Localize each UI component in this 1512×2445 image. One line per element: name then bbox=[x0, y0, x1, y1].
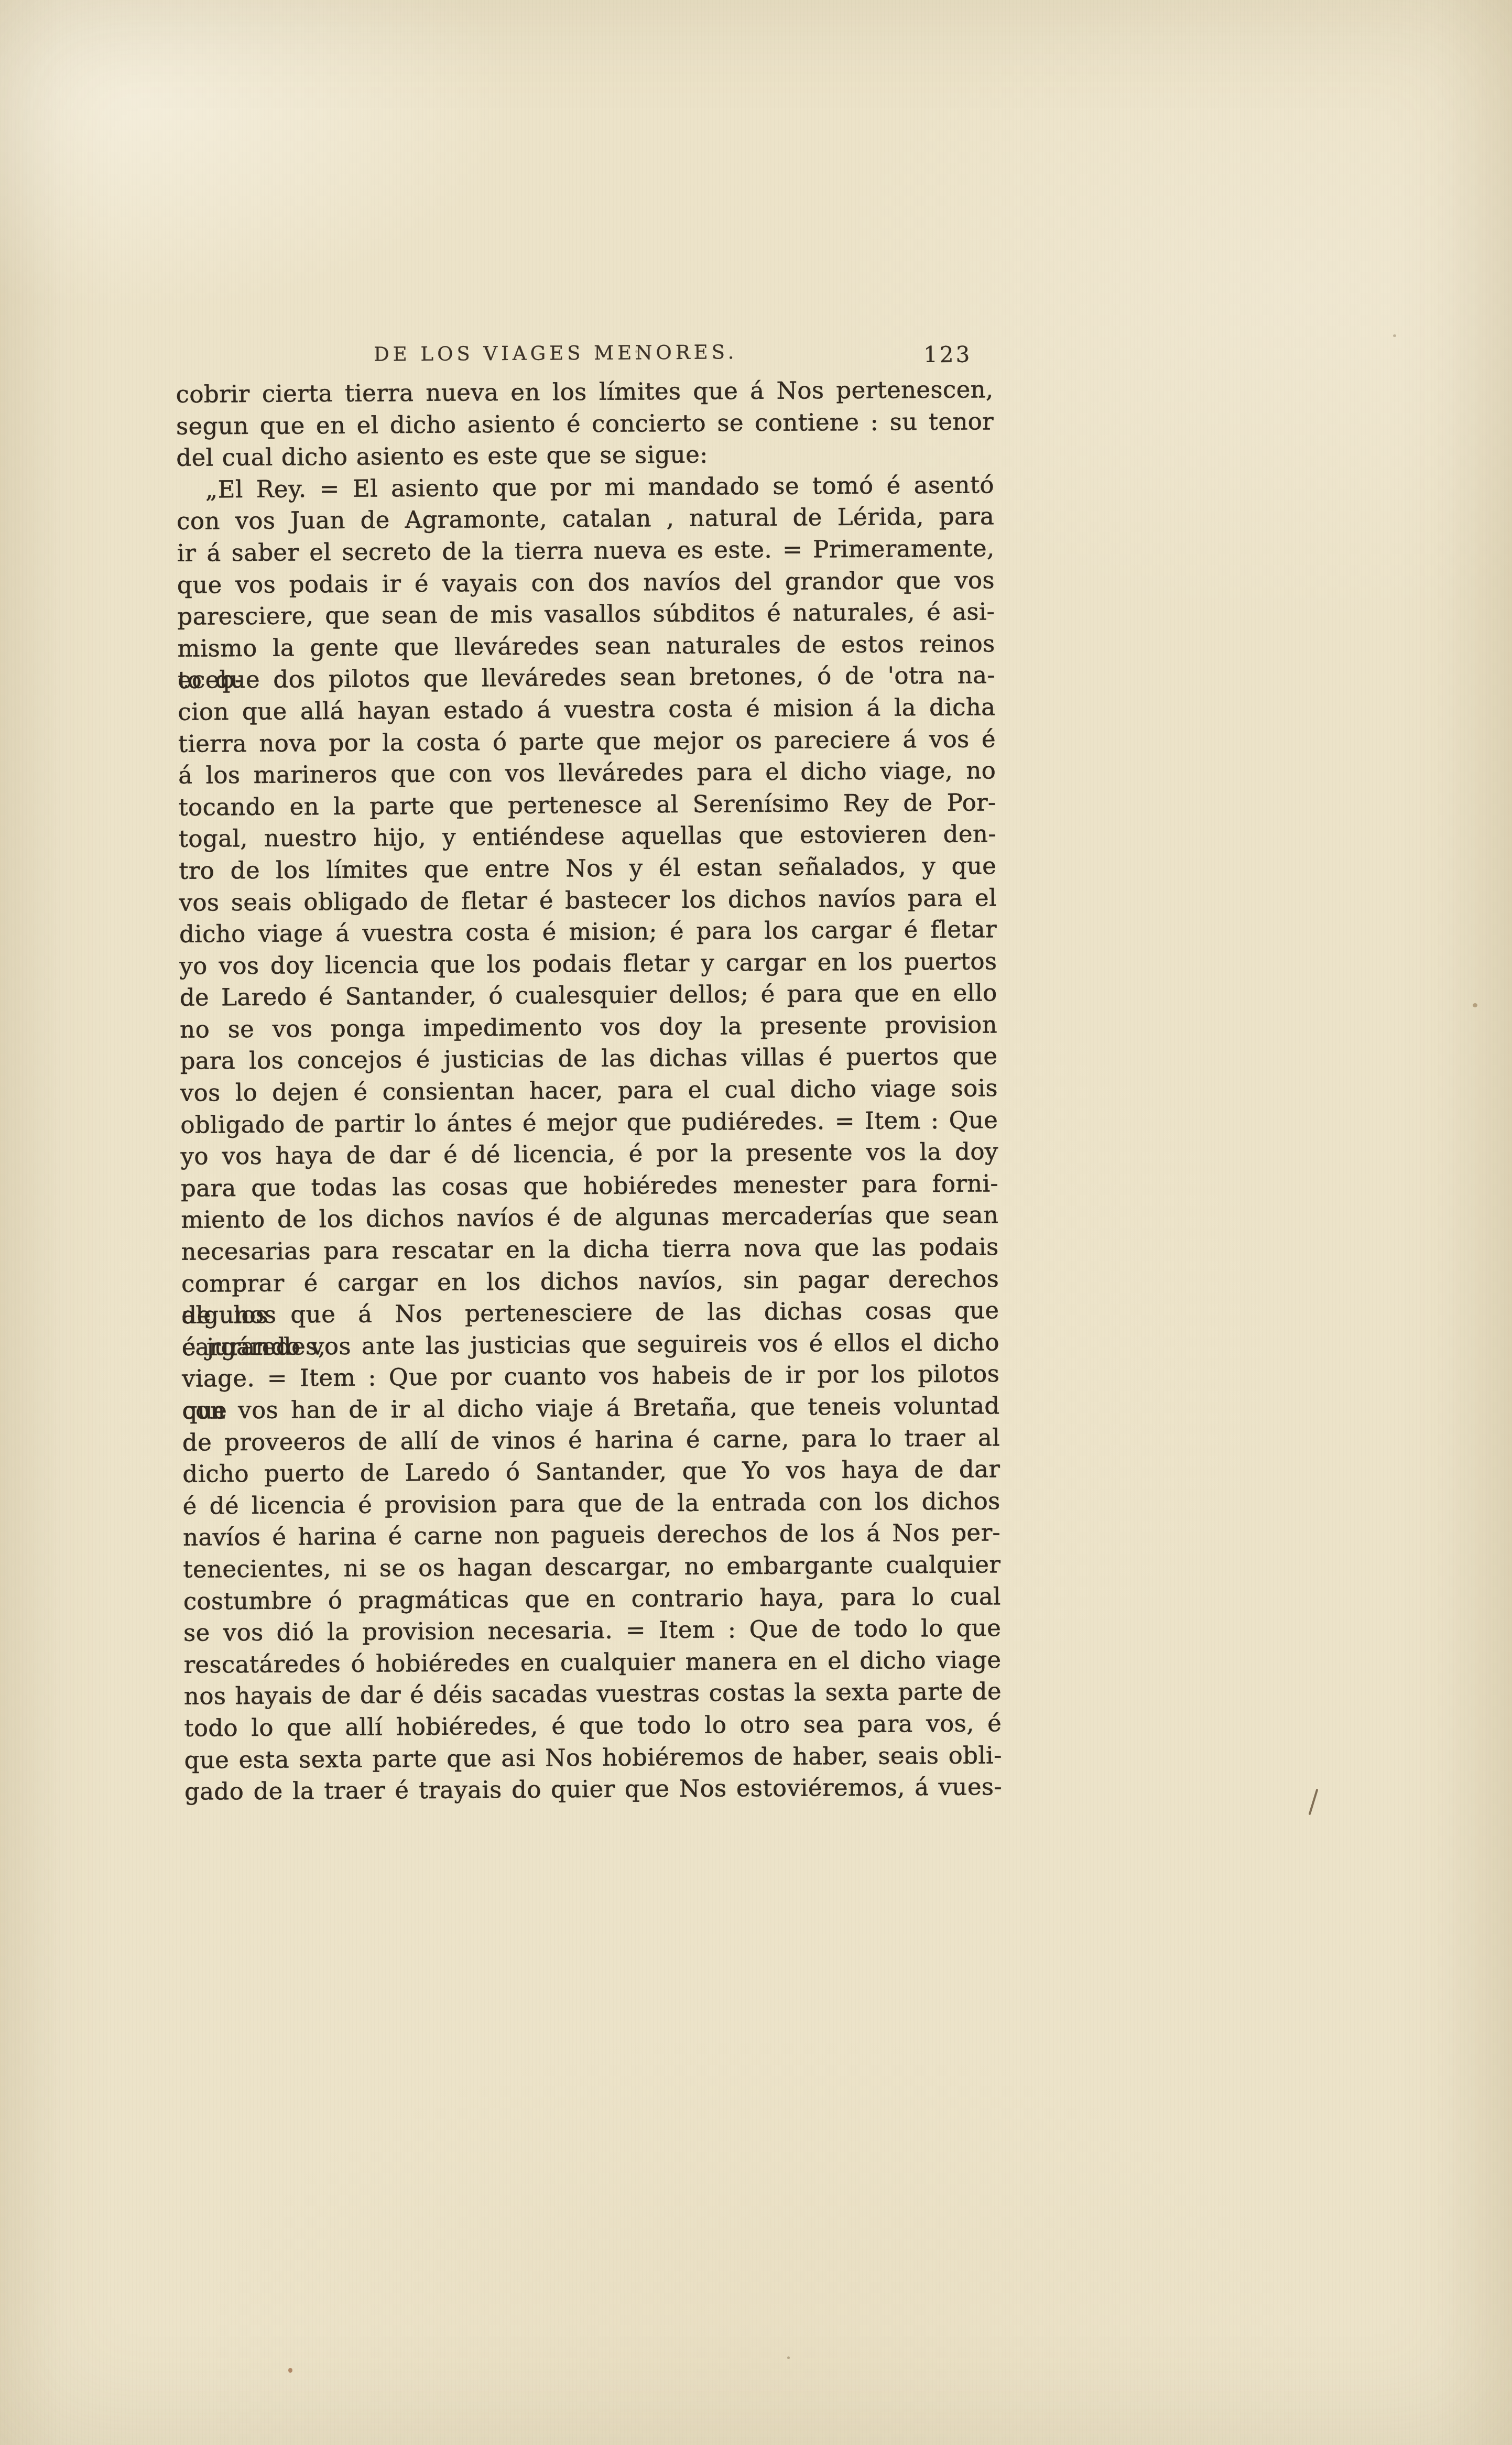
text-line: dicho puerto de Laredo ó Santander, que … bbox=[182, 1453, 1000, 1490]
paper-speck bbox=[635, 350, 638, 353]
text-line: cion que allá hayan estado á vuestra cos… bbox=[178, 691, 995, 728]
paper-speck bbox=[787, 2356, 790, 2359]
text-line: obligado de partir lo ántes é mejor que … bbox=[180, 1104, 998, 1141]
running-head-title: DE LOS VIAGES MENORES. bbox=[176, 340, 936, 367]
text-line: tenecientes, ni se os hagan descargar, n… bbox=[183, 1549, 1000, 1585]
text-line: togal, nuestro hijo, y entiéndese aquell… bbox=[179, 819, 996, 855]
text-line: é jurando vos ante las justicias que seg… bbox=[182, 1327, 999, 1363]
text-line: del cual dicho asiento es este que se si… bbox=[176, 437, 994, 474]
text-line: viage. = Item : Que por cuanto vos habei… bbox=[182, 1359, 999, 1395]
text-line: miento de los dichos navíos é de algunas… bbox=[181, 1200, 998, 1236]
text-line: de proveeros de allí de vinos é harina é… bbox=[182, 1422, 1000, 1459]
text-line: „El Rey. = El asiento que por mi mandado… bbox=[177, 469, 994, 506]
text-line: vos seais obligado de fletar é bastecer … bbox=[179, 882, 997, 919]
text-line: á los marineros que con vos lleváredes p… bbox=[178, 755, 996, 791]
text-line: tocando en la parte que pertenesce al Se… bbox=[178, 787, 996, 823]
text-line: para que todas las cosas que hobiéredes … bbox=[181, 1168, 998, 1204]
text-line: dicho viage á vuestra costa é mision; é … bbox=[179, 914, 997, 950]
text-line: que vos podais ir é vayais con dos navío… bbox=[177, 564, 995, 601]
running-head: DE LOS VIAGES MENORES. 123 bbox=[176, 339, 993, 379]
text-line: costumbre ó pragmáticas que en contrario… bbox=[183, 1581, 1001, 1617]
text-line: con vos han de ir al dicho viaje á Breta… bbox=[182, 1390, 999, 1427]
text-line: navíos é harina é carne non pagueis dere… bbox=[183, 1517, 1000, 1554]
text-line: rescatáredes ó hobiéredes en cualquier m… bbox=[183, 1644, 1001, 1681]
text-line: nos hayais de dar é déis sacadas vuestra… bbox=[184, 1676, 1002, 1713]
text-line: segun que en el dicho asiento é conciert… bbox=[176, 406, 994, 442]
text-line: ir á saber el secreto de la tierra nueva… bbox=[177, 533, 994, 569]
text-line: no se vos ponga impedimento vos doy la p… bbox=[180, 1009, 997, 1046]
text-line: mismo la gente que lleváredes sean natur… bbox=[178, 628, 995, 665]
paper-speck bbox=[1393, 334, 1396, 337]
text-block: DE LOS VIAGES MENORES. 123 cobrir cierta… bbox=[176, 339, 1002, 1808]
text-line: para los concejos é justicias de las dic… bbox=[180, 1041, 997, 1078]
text-line: vos lo dejen é consientan hacer, para el… bbox=[180, 1072, 998, 1109]
text-line: se vos dió la provision necesaria. = Ite… bbox=[183, 1612, 1001, 1649]
text-line: to que dos pilotos que lleváredes sean b… bbox=[178, 660, 995, 697]
text-line: paresciere, que sean de mis vasallos súb… bbox=[177, 596, 995, 633]
text-line: tierra nova por la costa ó parte que mej… bbox=[178, 723, 996, 760]
body-text: cobrir cierta tierra nueva en los límite… bbox=[176, 374, 1003, 1808]
text-line: comprar é cargar en los dichos navíos, s… bbox=[181, 1263, 999, 1300]
paper-speck bbox=[288, 2368, 292, 2373]
page-number: 123 bbox=[923, 342, 972, 368]
text-line: con vos Juan de Agramonte, catalan , nat… bbox=[177, 501, 994, 538]
text-line: yo vos doy licencia que los podais fleta… bbox=[179, 946, 997, 982]
text-line: tro de los límites que entre Nos y él es… bbox=[179, 850, 996, 887]
text-line: todo lo que allí hobiéredes, é que todo … bbox=[184, 1708, 1002, 1744]
text-line: necesarias para rescatar en la dicha tie… bbox=[181, 1231, 999, 1268]
text-line: gado de la traer é trayais do quier que … bbox=[184, 1771, 1002, 1808]
text-line: que esta sexta parte que asi Nos hobiére… bbox=[184, 1740, 1002, 1776]
text-line: yo vos haya de dar é dé licencia, é por … bbox=[180, 1136, 998, 1172]
text-line: cobrir cierta tierra nueva en los límite… bbox=[176, 374, 994, 410]
book-page: DE LOS VIAGES MENORES. 123 cobrir cierta… bbox=[0, 0, 1512, 2445]
text-line: de Laredo é Santander, ó cualesquier del… bbox=[180, 977, 997, 1014]
text-line: de los que á Nos pertenesciere de las di… bbox=[181, 1295, 999, 1331]
text-line: é dé licencia é provision para que de la… bbox=[183, 1485, 1000, 1522]
stray-ink-slash-mark bbox=[1308, 1789, 1318, 1816]
paper-speck bbox=[1473, 1003, 1477, 1007]
